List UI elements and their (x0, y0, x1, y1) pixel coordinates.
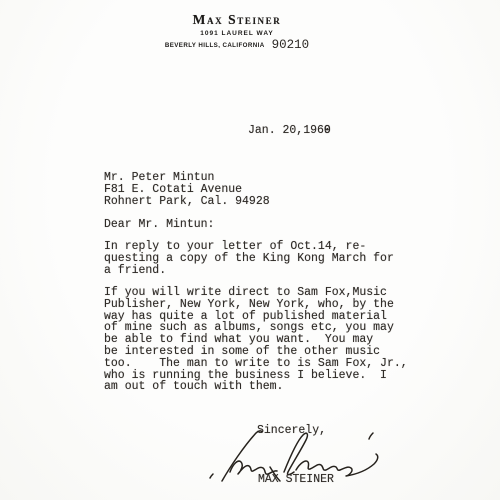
letterhead-city-row: BEVERLY HILLS, CALIFORNIA 90210 (0, 39, 474, 51)
typed-signature-name: MAX STEINER (258, 474, 334, 486)
date-line: Jan. 20,19609 (248, 125, 331, 137)
letterhead-name: Max Steiner (0, 13, 474, 27)
letterhead-city: BEVERLY HILLS, CALIFORNIA (165, 41, 265, 51)
scanned-letter-page: Max Steiner 1091 LAUREL WAY BEVERLY HILL… (0, 0, 500, 500)
signature-stroke (369, 433, 373, 439)
signature-stroke (222, 431, 262, 481)
salutation: Dear Mr. Mintun: (104, 219, 214, 231)
date-text: Jan. 20,196 (248, 124, 324, 137)
body-paragraph-1: In reply to your letter of Oct.14, re- q… (104, 241, 394, 276)
signature-stroke (284, 433, 307, 474)
letterhead-street: 1091 LAUREL WAY (0, 30, 474, 38)
signature-stroke (210, 474, 213, 478)
recipient-address: Mr. Peter Mintun F81 E. Cotati Avenue Ro… (104, 172, 270, 207)
date-overstruck-digit: 09 (324, 125, 331, 137)
letterhead-zip: 90210 (272, 40, 310, 50)
letterhead: Max Steiner 1091 LAUREL WAY BEVERLY HILL… (0, 13, 474, 51)
body-paragraph-2: If you will write direct to Sam Fox,Musi… (104, 287, 408, 393)
